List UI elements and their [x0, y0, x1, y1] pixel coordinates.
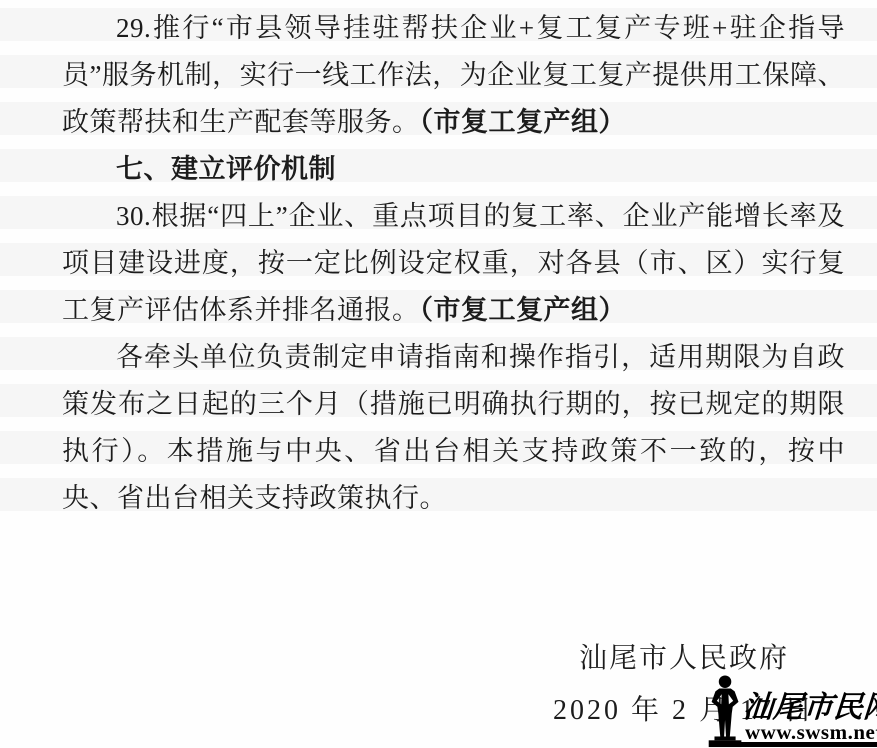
site-watermark: 汕尾市民网 www.swsm.net — [685, 672, 877, 748]
closing-paragraph: 各牵头单位负责制定申请指南和操作指引，适用期限为自政策发布之日起的三个月（措施已… — [62, 334, 845, 522]
watermark-site-url: www.swsm.net — [745, 722, 877, 743]
section-heading: 七、建立评价机制 — [62, 146, 845, 193]
watermark-underline — [731, 742, 877, 747]
policy-item-29: 29.推行“市县领导挂驻帮扶企业+复工复产专班+驻企指导员”服务机制，实行一线工… — [62, 5, 845, 146]
policy-item-30-responsible-unit: （市复工复产组） — [420, 295, 627, 325]
policy-item-29-responsible-unit: （市复工复产组） — [420, 107, 627, 137]
document-body: 29.推行“市县领导挂驻帮扶企业+复工复产专班+驻企指导员”服务机制，实行一线工… — [62, 5, 845, 522]
document-page: 29.推行“市县领导挂驻帮扶企业+复工复产专班+驻企指导员”服务机制，实行一线工… — [0, 0, 877, 748]
policy-item-30: 30.根据“四上”企业、重点项目的复工率、企业产能增长率及项目建设进度，按一定比… — [62, 193, 845, 334]
